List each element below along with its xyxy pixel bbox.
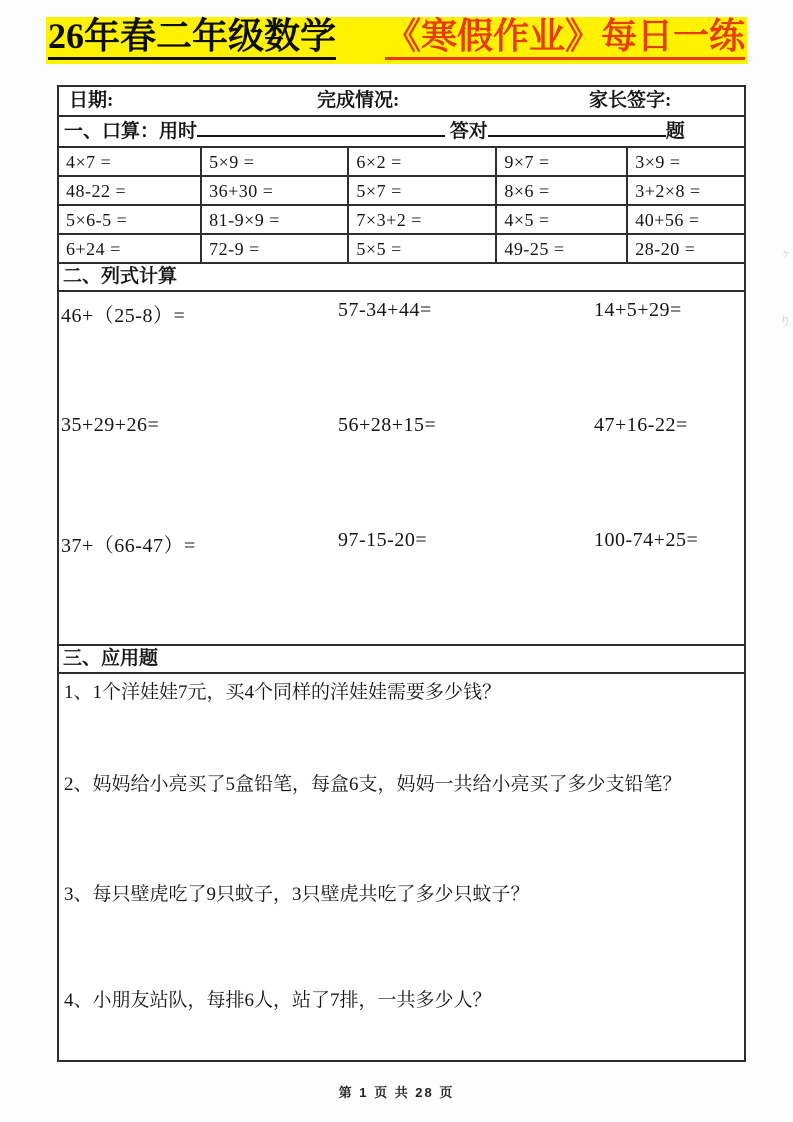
worksheet-title-banner: 26年春二年级数学 《寒假作业》每日一练 bbox=[46, 17, 747, 64]
title-highlight-text: 《寒假作业》每日一练 bbox=[385, 18, 745, 60]
oral-problem: 4×5 = bbox=[497, 206, 628, 235]
word-problem-1: 1、1个洋娃娃7元，买4个同样的洋娃娃需要多少钱？ bbox=[59, 674, 744, 766]
title-main-text: 26年春二年级数学 bbox=[48, 18, 336, 60]
signature-label: 家长签字: bbox=[589, 87, 671, 115]
word-section-heading: 三、应用题 bbox=[59, 646, 744, 674]
written-problem: 57-34+44= bbox=[336, 299, 592, 414]
written-row: 37+（66-47）= 97-15-20= 100-74+25= bbox=[59, 529, 744, 629]
word-problem-4: 4、小朋友站队，每排6人，站了7排，一共多少人？ bbox=[59, 982, 744, 1062]
unit-label: 题 bbox=[666, 121, 685, 142]
scan-artifact: り bbox=[779, 312, 791, 329]
oral-problem: 5×7 = bbox=[349, 177, 497, 206]
oral-problem: 28-20 = bbox=[628, 235, 744, 264]
oral-problem: 3×9 = bbox=[628, 148, 744, 177]
written-problems-area: 46+（25-8）= 57-34+44= 14+5+29= 35+29+26= … bbox=[59, 292, 744, 646]
oral-problem: 36+30 = bbox=[202, 177, 349, 206]
date-label: 日期: bbox=[69, 87, 113, 115]
oral-problem: 40+56 = bbox=[628, 206, 744, 235]
oral-problems-grid: 4×7 = 5×9 = 6×2 = 9×7 = 3×9 = 48-22 = 36… bbox=[59, 148, 744, 264]
oral-problem: 6+24 = bbox=[59, 235, 202, 264]
oral-problem: 9×7 = bbox=[497, 148, 628, 177]
written-problem: 100-74+25= bbox=[592, 529, 744, 629]
oral-problem: 49-25 = bbox=[497, 235, 628, 264]
oral-problem: 48-22 = bbox=[59, 177, 202, 206]
oral-section-heading: 一、口算：用时 答对题 bbox=[59, 117, 744, 148]
word-problem-2: 2、妈妈给小亮买了5盒铅笔，每盒6支，妈妈一共给小亮买了多少支铅笔？ bbox=[59, 766, 744, 876]
oral-problem: 8×6 = bbox=[497, 177, 628, 206]
written-problem: 14+5+29= bbox=[592, 299, 744, 414]
answered-blank-line bbox=[488, 132, 666, 137]
written-row: 46+（25-8）= 57-34+44= 14+5+29= bbox=[59, 299, 744, 414]
scan-artifact: ヶ bbox=[780, 244, 792, 261]
time-blank-line bbox=[197, 132, 445, 137]
worksheet-table: 日期: 完成情况: 家长签字: 一、口算：用时 答对题 4×7 = 5×9 = … bbox=[57, 85, 746, 1062]
info-row: 日期: 完成情况: 家长签字: bbox=[59, 87, 744, 117]
word-problem-3: 3、每只壁虎吃了9只蚊子，3只壁虎共吃了多少只蚊子？ bbox=[59, 876, 744, 982]
written-row: 35+29+26= 56+28+15= 47+16-22= bbox=[59, 414, 744, 529]
completion-label: 完成情况: bbox=[317, 87, 399, 115]
oral-problem: 5×5 = bbox=[349, 235, 497, 264]
oral-problem: 5×6-5 = bbox=[59, 206, 202, 235]
oral-problem: 81-9×9 = bbox=[202, 206, 349, 235]
oral-problem: 72-9 = bbox=[202, 235, 349, 264]
written-problem: 97-15-20= bbox=[336, 529, 592, 629]
written-problem: 46+（25-8）= bbox=[59, 299, 336, 414]
written-section-heading: 二、列式计算 bbox=[59, 264, 744, 292]
written-problem: 37+（66-47）= bbox=[59, 529, 336, 629]
written-problem: 47+16-22= bbox=[592, 414, 744, 529]
written-problem: 35+29+26= bbox=[59, 414, 336, 529]
oral-problem: 4×7 = bbox=[59, 148, 202, 177]
word-problems-area: 1、1个洋娃娃7元，买4个同样的洋娃娃需要多少钱？ 2、妈妈给小亮买了5盒铅笔，… bbox=[59, 674, 744, 1062]
answered-label: 答对 bbox=[450, 121, 488, 142]
oral-problem: 5×9 = bbox=[202, 148, 349, 177]
written-problem: 56+28+15= bbox=[336, 414, 592, 529]
oral-problem: 3+2×8 = bbox=[628, 177, 744, 206]
oral-problem: 7×3+2 = bbox=[349, 206, 497, 235]
page-number-footer: 第 1 页 共 28 页 bbox=[0, 1082, 793, 1101]
oral-heading-label: 一、口算：用时 bbox=[64, 121, 197, 142]
oral-problem: 6×2 = bbox=[349, 148, 497, 177]
